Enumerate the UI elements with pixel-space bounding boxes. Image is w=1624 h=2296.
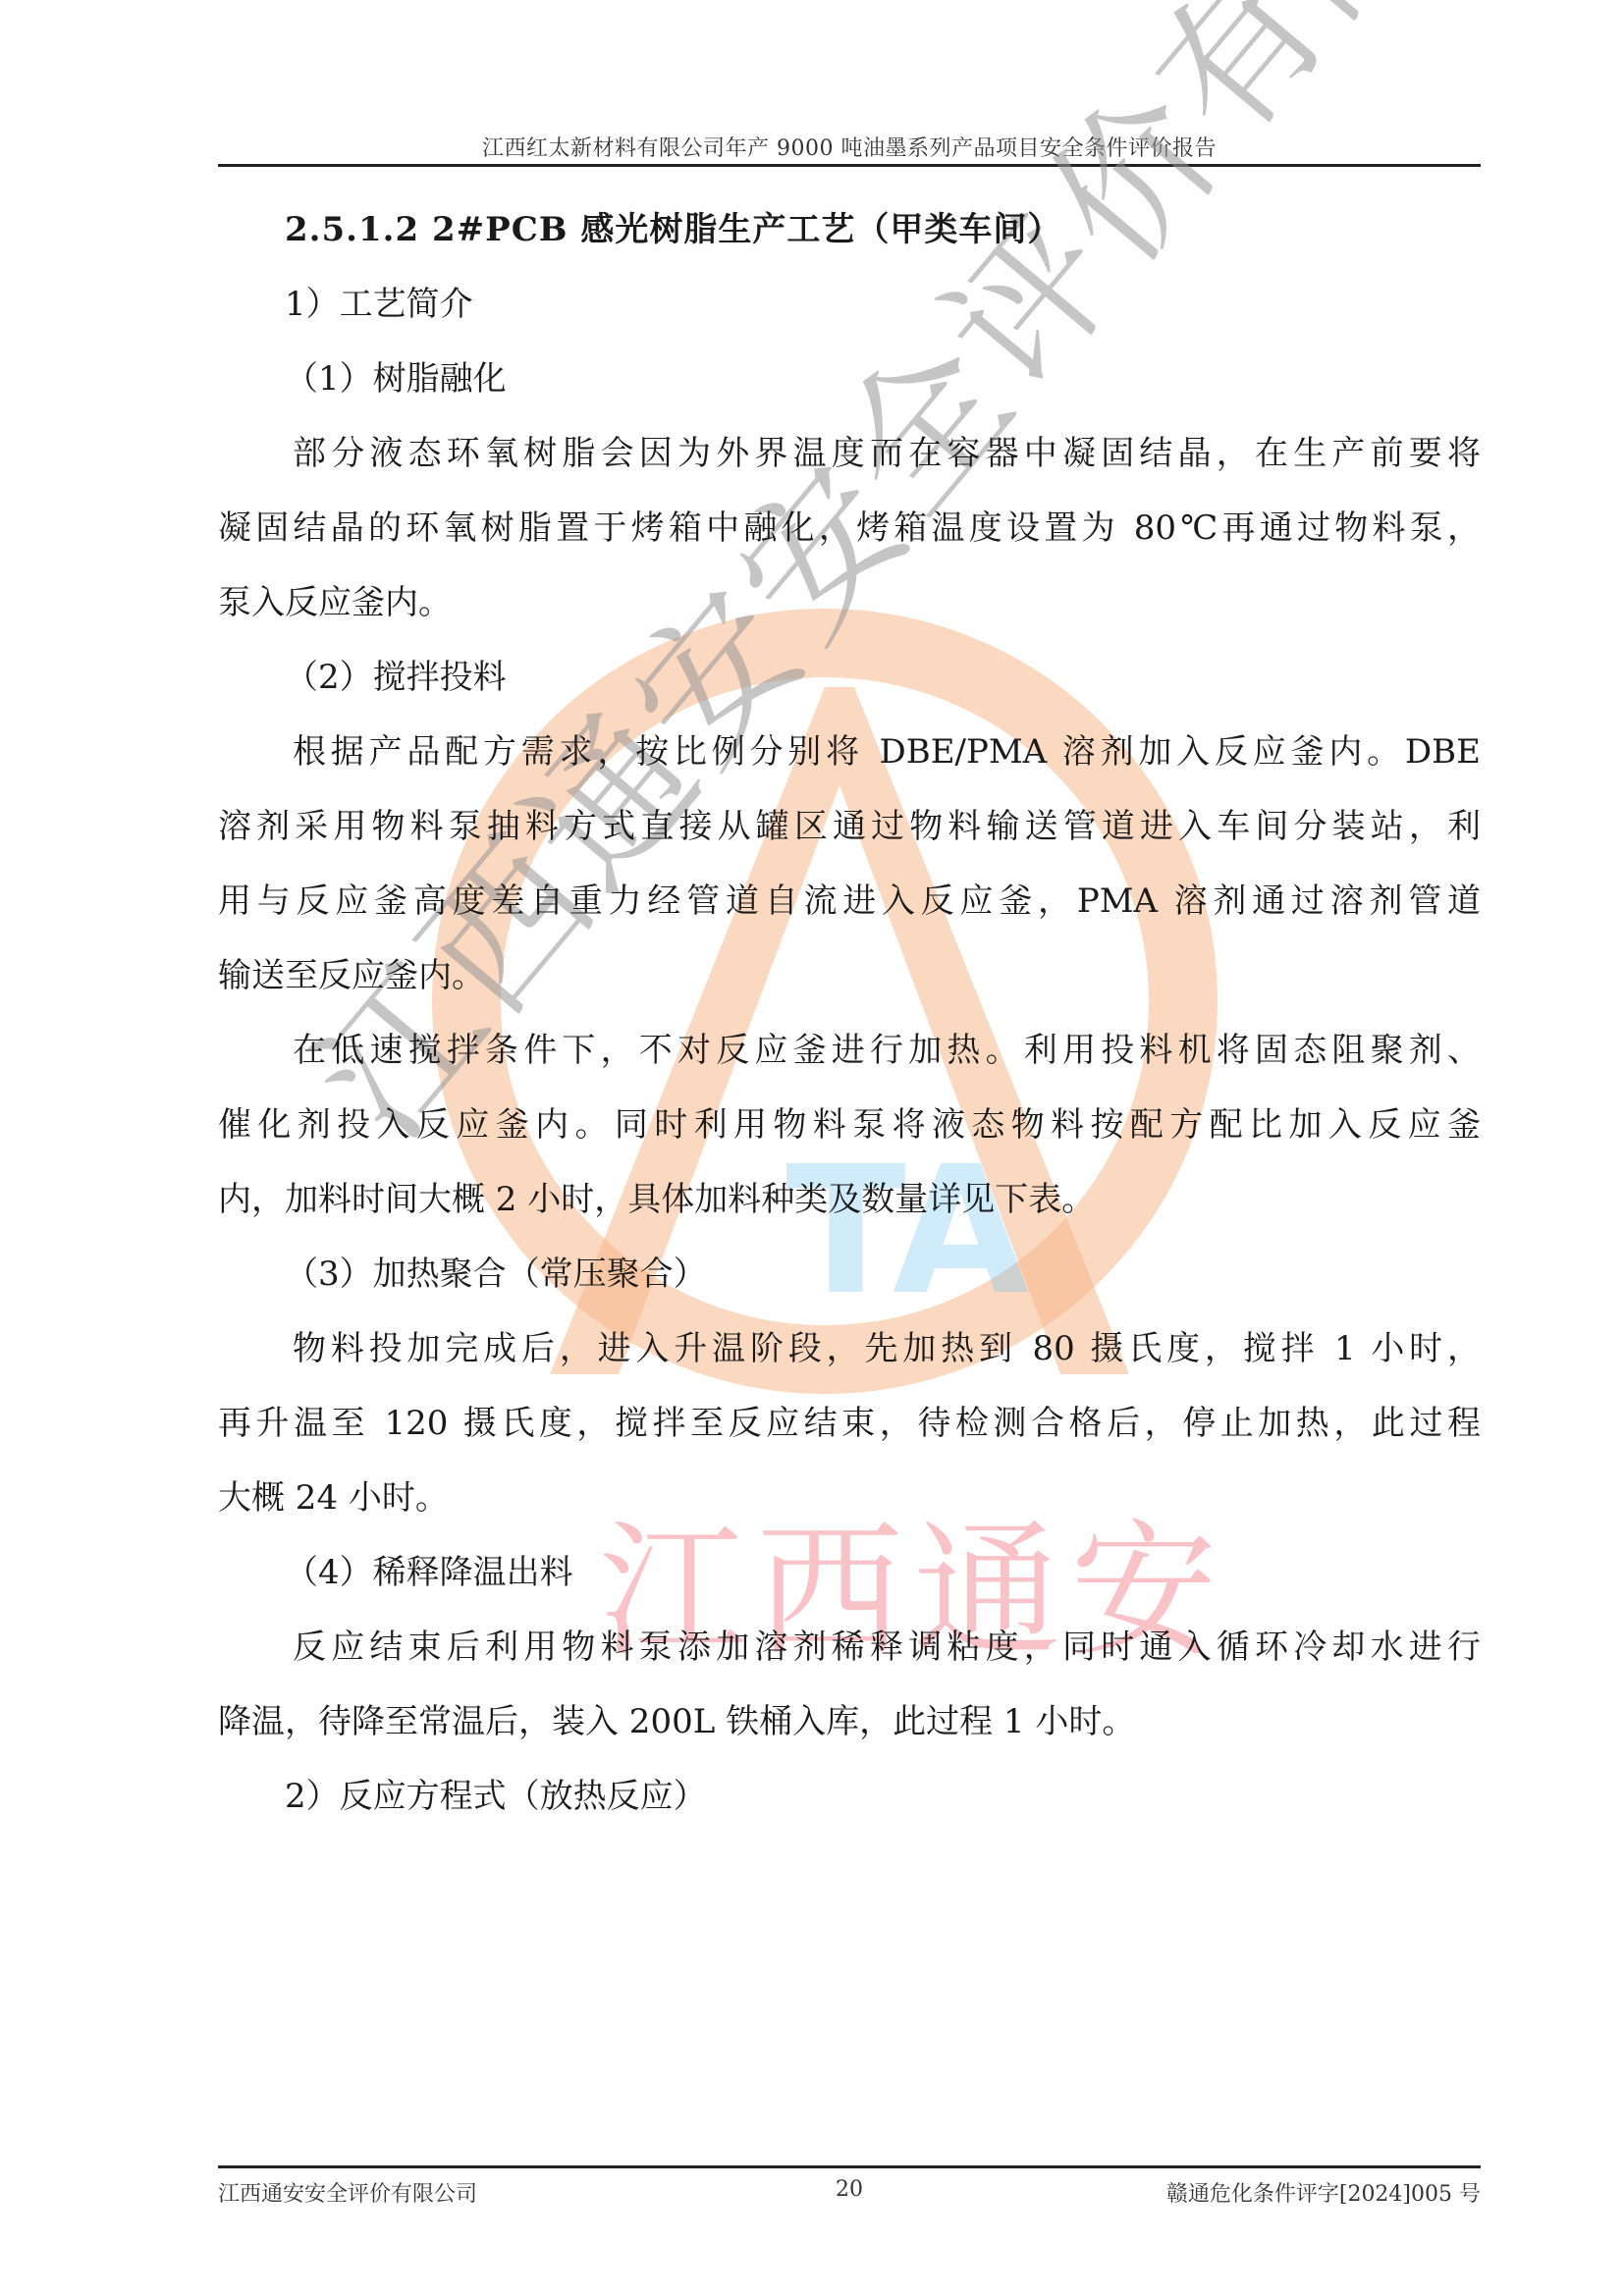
subsection-title-process-overview: 1）工艺简介 xyxy=(218,267,1481,342)
paragraph-line: 反应结束后利用物料泵添加溶剂稀释调粘度，同时通入循环冷却水进行 xyxy=(218,1610,1481,1684)
paragraph-line: 物料投加完成后，进入升温阶段，先加热到 80 摄氏度，搅拌 1 小时， xyxy=(218,1311,1481,1386)
paragraph-line: 再升温至 120 摄氏度，搅拌至反应结束，待检测合格后，停止加热，此过程 xyxy=(218,1386,1481,1461)
step-title-dilution-cooling: （4）稀释降温出料 xyxy=(218,1535,1481,1610)
main-content: 2.5.1.2 2#PCB 感光树脂生产工艺（甲类车间） 1）工艺简介 （1）树… xyxy=(218,192,1481,1834)
paragraph-line: 根据产品配方需求，按比例分别将 DBE/PMA 溶剂加入反应釜内。DBE xyxy=(218,715,1481,789)
step-title-heating-polymerization: （3）加热聚合（常压聚合） xyxy=(218,1237,1481,1311)
footer-doc-number: 赣通危化条件评字[2024]005 号 xyxy=(1166,2177,1481,2208)
paragraph-line: 凝固结晶的环氧树脂置于烤箱中融化，烤箱温度设置为 80℃再通过物料泵， xyxy=(218,491,1481,565)
paragraph-line: 降温，待降至常温后，装入 200L 铁桶入库，此过程 1 小时。 xyxy=(218,1684,1481,1759)
paragraph-line: 泵入反应釜内。 xyxy=(218,565,1481,640)
step-title-resin-melting: （1）树脂融化 xyxy=(218,342,1481,416)
step-title-stirring-feeding: （2）搅拌投料 xyxy=(218,640,1481,715)
header-divider xyxy=(218,164,1481,167)
paragraph-line: 大概 24 小时。 xyxy=(218,1461,1481,1535)
footer-divider xyxy=(218,2165,1481,2168)
subsection-title-reaction-equation: 2）反应方程式（放热反应） xyxy=(218,1759,1481,1834)
document-page: TA 江西通安安全评价有限公司 江西通安 江西红太新材料有限公司年产 9000 … xyxy=(0,0,1624,2296)
running-header: 江西红太新材料有限公司年产 9000 吨油墨系列产品项目安全条件评价报告 xyxy=(218,132,1481,162)
paragraph-line: 在低速搅拌条件下，不对反应釜进行加热。利用投料机将固态阻聚剂、 xyxy=(218,1013,1481,1088)
section-heading: 2.5.1.2 2#PCB 感光树脂生产工艺（甲类车间） xyxy=(218,192,1481,267)
paragraph-line: 用与反应釜高度差自重力经管道自流进入反应釜，PMA 溶剂通过溶剂管道 xyxy=(218,864,1481,938)
paragraph-line: 内，加料时间大概 2 小时，具体加料种类及数量详见下表。 xyxy=(218,1162,1481,1237)
paragraph-line: 部分液态环氧树脂会因为外界温度而在容器中凝固结晶，在生产前要将 xyxy=(218,416,1481,491)
paragraph-line: 催化剂投入反应釜内。同时利用物料泵将液态物料按配方配比加入反应釜 xyxy=(218,1088,1481,1162)
paragraph-line: 溶剂采用物料泵抽料方式直接从罐区通过物料输送管道进入车间分装站，利 xyxy=(218,789,1481,864)
paragraph-line: 输送至反应釜内。 xyxy=(218,938,1481,1013)
